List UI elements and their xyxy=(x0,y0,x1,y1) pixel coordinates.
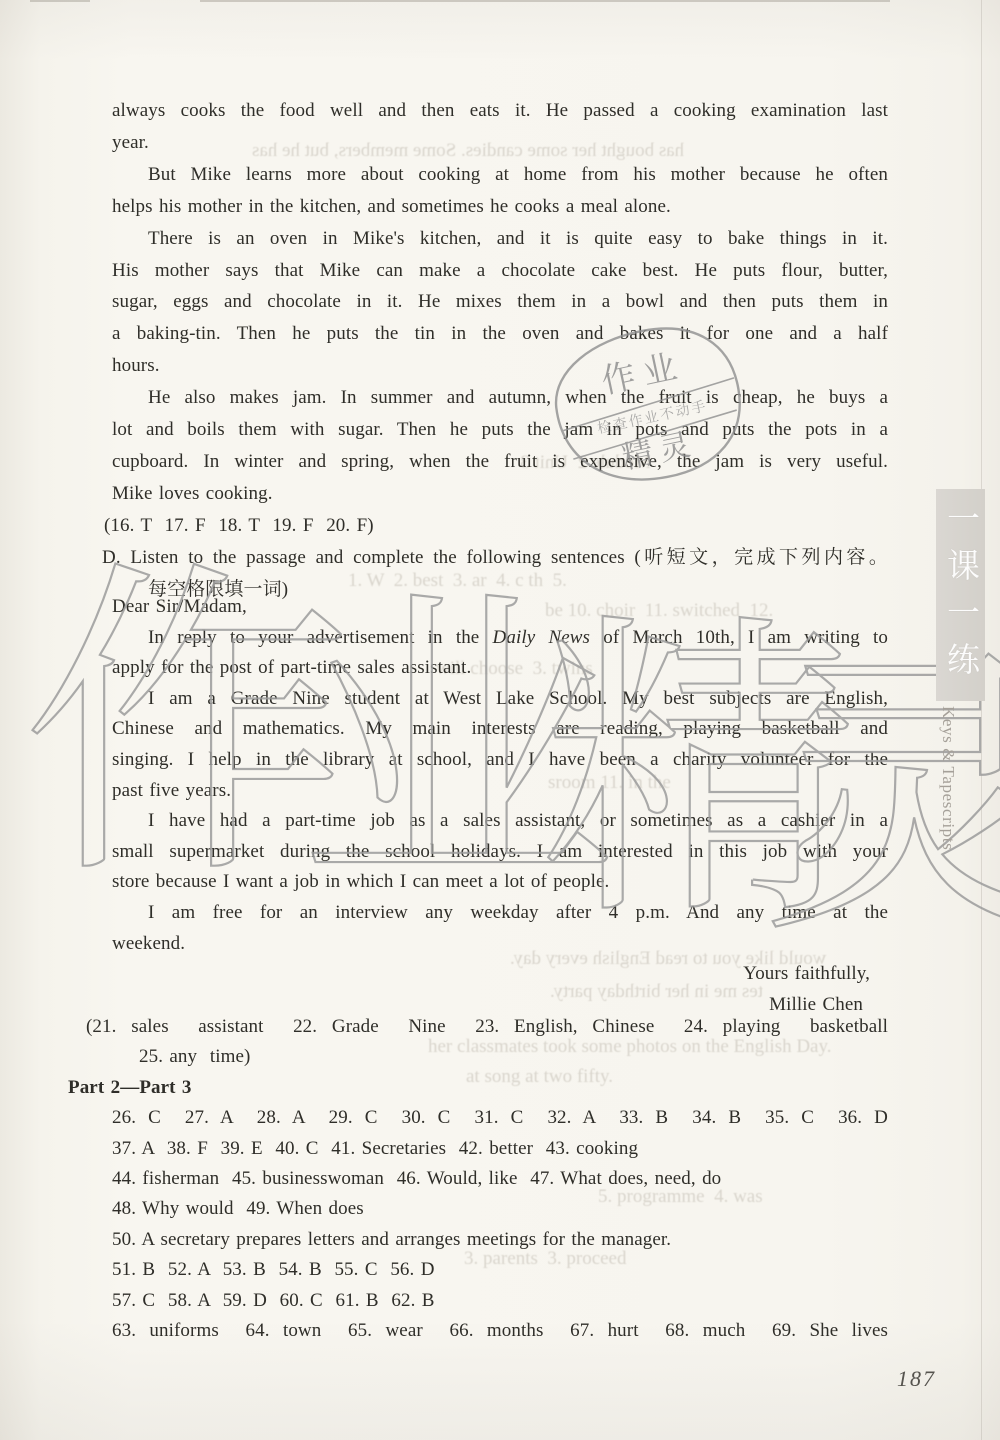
keys-tapescripts-caption: Keys & Tapescripts xyxy=(938,706,958,946)
text-line: 48. Why would 49. When does xyxy=(112,1194,888,1224)
text-line: small supermarket during the school holi… xyxy=(112,837,888,868)
text-line: Part 2—Part 3 xyxy=(68,1073,888,1103)
text-line: In reply to your advertisement in the Da… xyxy=(112,623,888,654)
text-line: He also makes jam. In summer and autumn,… xyxy=(112,382,888,414)
text-line: store because I want a job in which I ca… xyxy=(112,867,888,898)
text-line: singing. I help in the library at school… xyxy=(112,745,888,776)
text-line: (21. sales assistant 22. Grade Nine 23. … xyxy=(86,1012,888,1042)
series-tab: 一课一练 xyxy=(936,489,985,701)
text-line: year. xyxy=(112,127,888,159)
text-line: 63. uniforms 64. town 65. wear 66. month… xyxy=(112,1316,888,1346)
text-line: 57. C 58. A 59. D 60. C 61. B 62. B xyxy=(112,1286,888,1316)
text-line: D. Listen to the passage and complete th… xyxy=(102,542,888,574)
text-line: 44. fisherman 45. businesswoman 46. Woul… xyxy=(112,1164,888,1194)
text-line: a baking-tin. Then he puts the tin in th… xyxy=(112,318,888,350)
text-line: 37. A 38. F 39. E 40. C 41. Secretaries … xyxy=(112,1134,888,1164)
text-line: 26. C 27. A 28. A 29. C 30. C 31. C 32. … xyxy=(112,1103,888,1133)
text-line: There is an oven in Mike's kitchen, and … xyxy=(112,223,888,255)
text-line: 50. A secretary prepares letters and arr… xyxy=(112,1225,888,1255)
text-line: I have had a part-time job as a sales as… xyxy=(112,806,888,837)
text-line: cupboard. In winter and spring, when the… xyxy=(112,446,888,478)
series-title: 一课一练 xyxy=(937,501,984,689)
passage-and-section-d: always cooks the food well and then eats… xyxy=(112,95,888,606)
text-line: weekend. xyxy=(112,929,888,960)
text-line: Mike loves cooking. xyxy=(112,478,888,510)
text-line: Dear Sir/Madam, xyxy=(112,592,888,623)
text-line: Chinese and mathematics. My main interes… xyxy=(112,714,888,745)
letter: Dear Sir/Madam,In reply to your advertis… xyxy=(112,592,888,1020)
scan-artifact xyxy=(30,0,90,2)
page-number: 187 xyxy=(897,1366,936,1392)
text-line: past five years. xyxy=(112,776,888,807)
text-line: 51. B 52. A 53. B 54. B 55. C 56. D xyxy=(112,1255,888,1285)
text-line: Yours faithfully, xyxy=(112,959,888,990)
text-line: hours. xyxy=(112,350,888,382)
text-line: 25. any time) xyxy=(139,1042,888,1072)
text-line: I am a Grade Nine student at West Lake S… xyxy=(112,684,888,715)
text-line: But Mike learns more about cooking at ho… xyxy=(112,159,888,191)
text-line: I am free for an interview any weekday a… xyxy=(112,898,888,929)
answer-key: (21. sales assistant 22. Grade Nine 23. … xyxy=(112,1012,888,1346)
book-page: has bought her some candies. Some member… xyxy=(0,0,1000,1440)
scan-edge-line xyxy=(981,0,982,1440)
text-line: always cooks the food well and then eats… xyxy=(112,95,888,127)
text-line: apply for the post of part-time sales as… xyxy=(112,653,888,684)
text-line: helps his mother in the kitchen, and som… xyxy=(112,191,888,223)
text-line: His mother says that Mike can make a cho… xyxy=(112,255,888,287)
scan-artifact xyxy=(200,0,890,2)
text-line: (16. T 17. F 18. T 19. F 20. F) xyxy=(104,510,888,542)
text-line: sugar, eggs and chocolate in it. He mixe… xyxy=(112,286,888,318)
text-line: lot and boils them with sugar. Then he p… xyxy=(112,414,888,446)
